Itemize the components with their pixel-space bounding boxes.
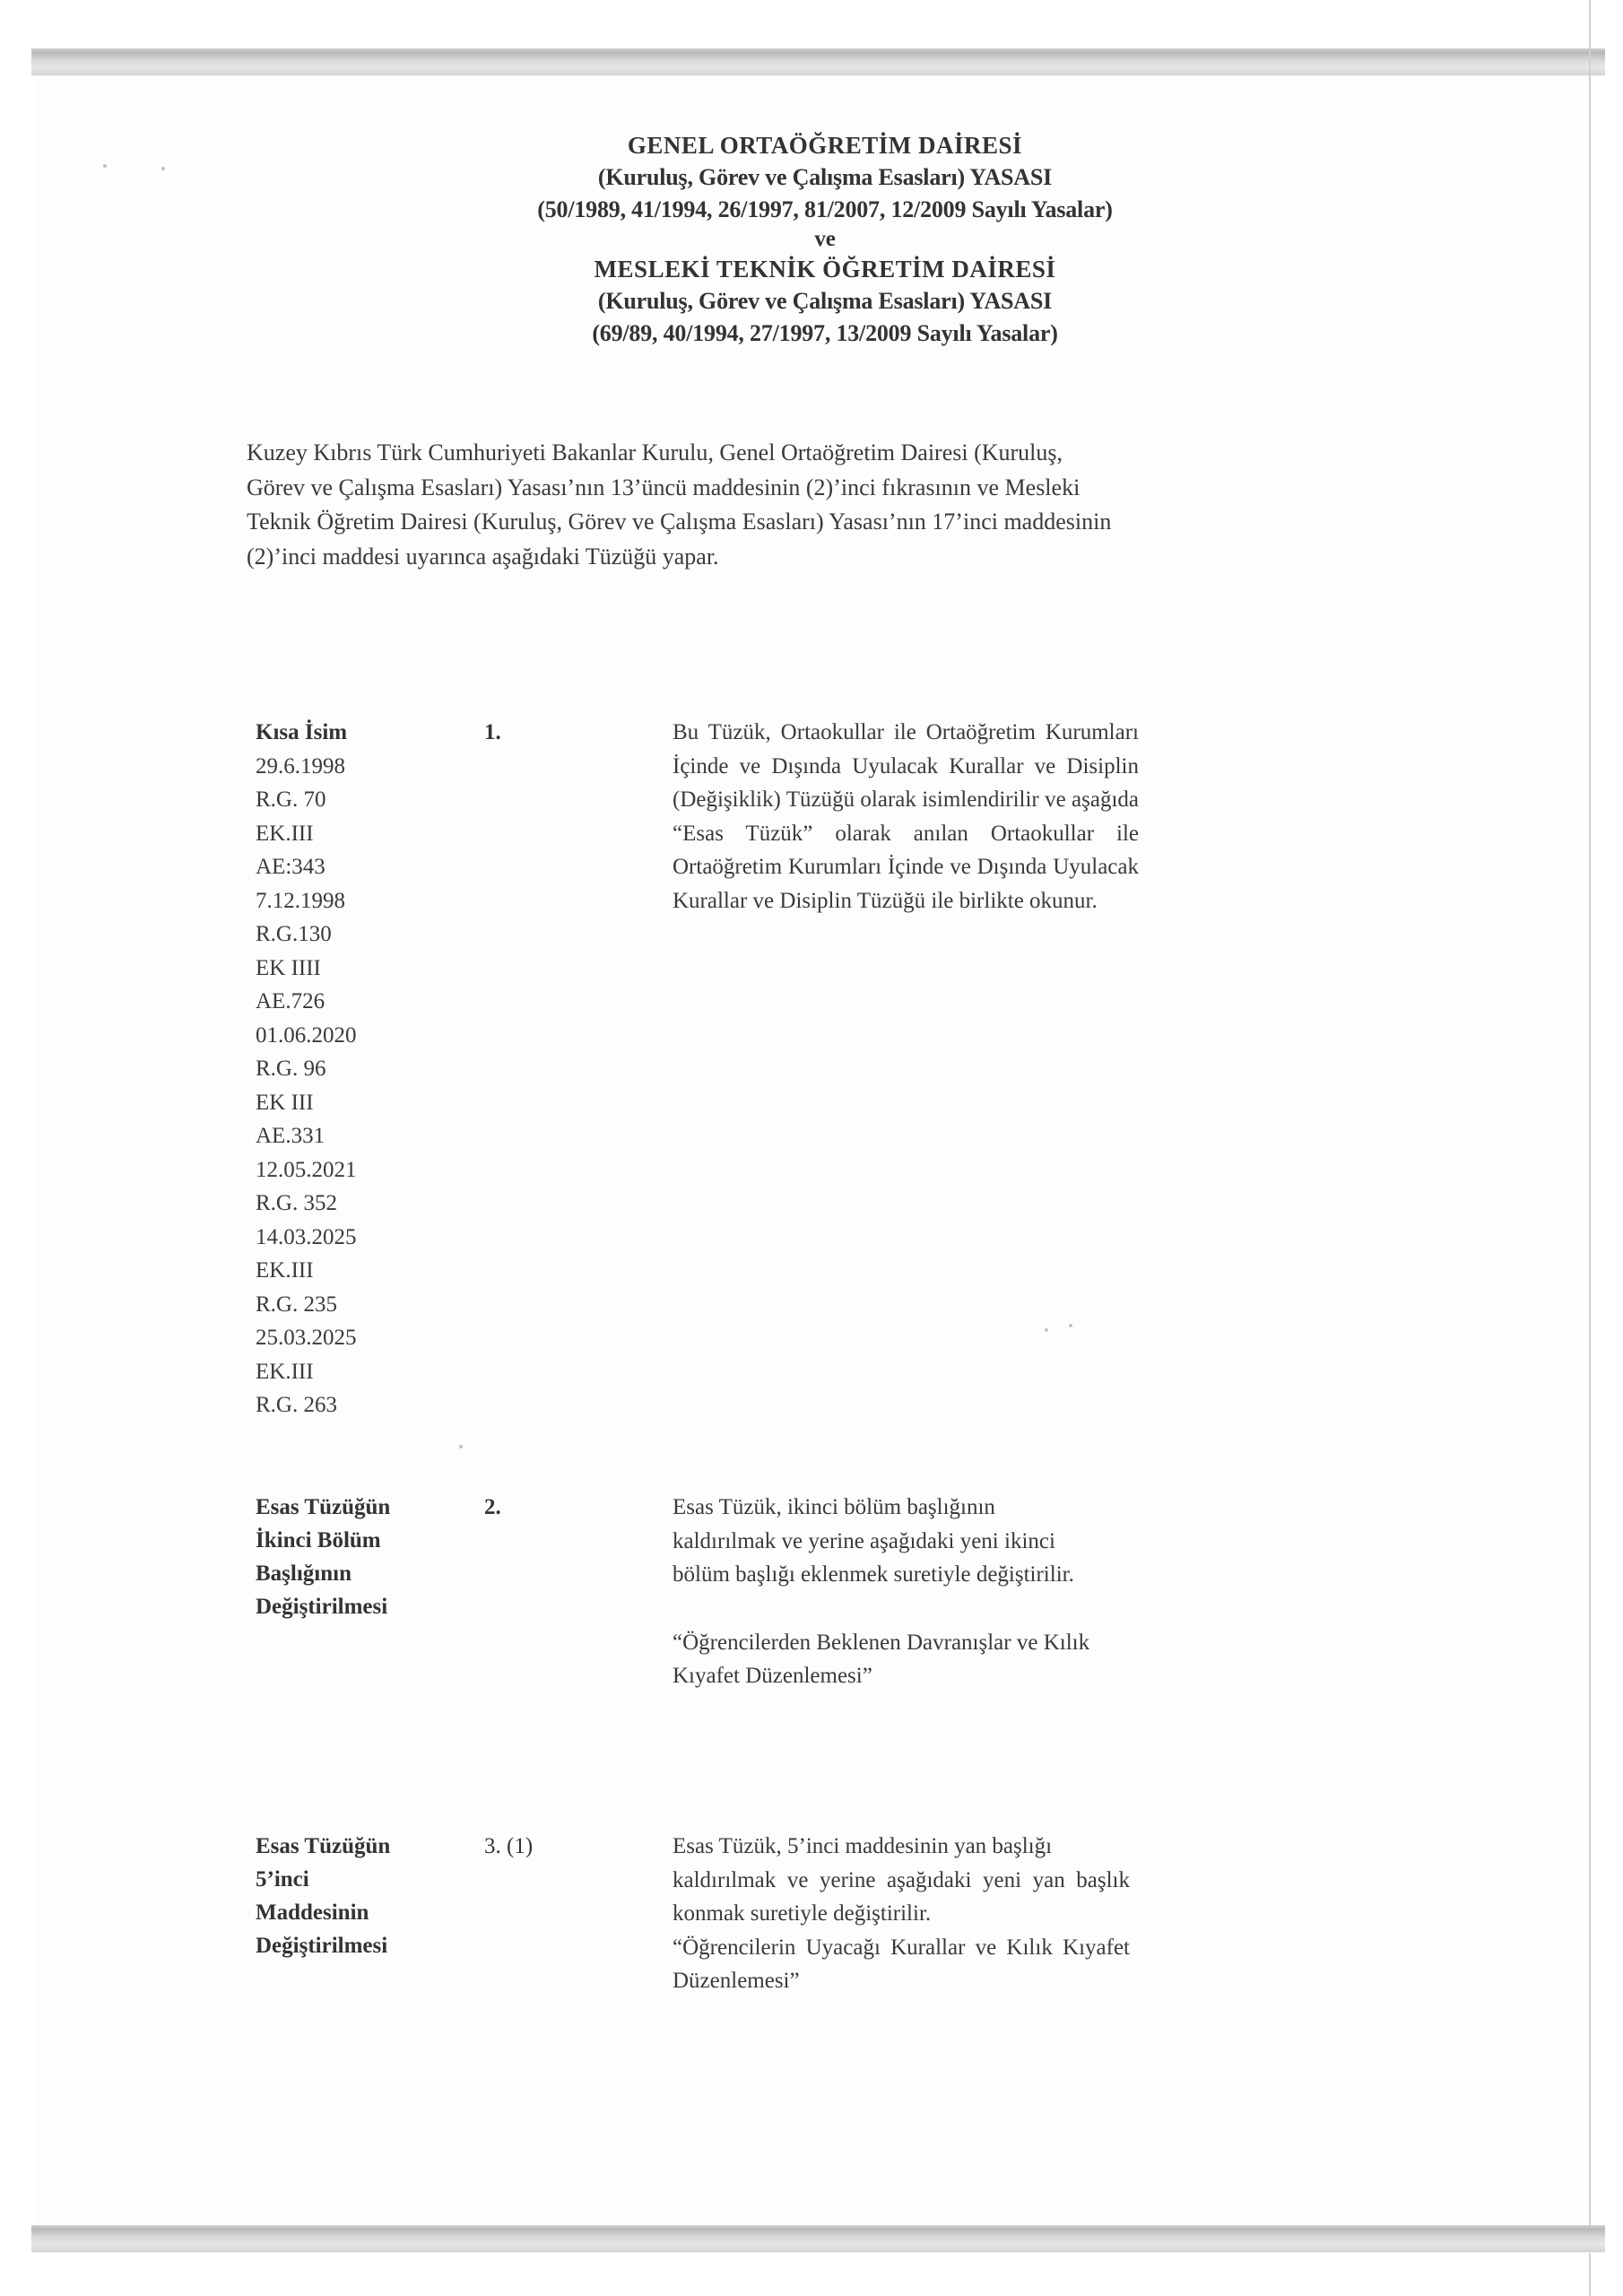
margin-note: R.G.130 <box>256 918 462 952</box>
side-title-line: Başlığının <box>256 1557 462 1590</box>
side-title-line: Değiştirilmesi <box>256 1590 462 1623</box>
side-title-line: İkinci Bölüm <box>256 1524 462 1557</box>
article-2-body: Esas Tüzük, ikinci bölüm başlığının kald… <box>673 1491 1094 1693</box>
scan-speck <box>459 1445 463 1448</box>
article-1-number: 1. <box>484 716 501 750</box>
article-3-margin-title: Esas Tüzüğün 5’inci Maddesinin Değiştiri… <box>256 1830 462 1962</box>
margin-note: EK IIII <box>256 952 462 986</box>
article-2-number: 2. <box>484 1491 501 1525</box>
page-separator-top <box>31 48 1605 75</box>
margin-note: AE.726 <box>256 985 462 1019</box>
scan-speck <box>1069 1324 1072 1327</box>
header-conjunction: ve <box>36 226 1614 253</box>
article-2-margin-title: Esas Tüzüğün İkinci Bölüm Başlığının Değ… <box>256 1491 462 1623</box>
article-3-quote: “Öğrencilerin Uyacağı Kurallar ve Kılık … <box>673 1931 1130 1998</box>
margin-note: EK.III <box>256 1254 462 1288</box>
margin-note: 14.03.2025 <box>256 1221 462 1255</box>
scan-speck <box>1045 1328 1048 1332</box>
side-title-line: Esas Tüzüğün <box>256 1491 462 1524</box>
document-header: GENEL ORTAÖĞRETİM DAİRESİ (Kuruluş, Göre… <box>36 129 1614 350</box>
document-page: GENEL ORTAÖĞRETİM DAİRESİ (Kuruluş, Göre… <box>36 77 1587 2224</box>
header-line-1: GENEL ORTAÖĞRETİM DAİRESİ <box>36 129 1614 161</box>
margin-note: AE.331 <box>256 1119 462 1153</box>
header-line-4: MESLEKİ TEKNİK ÖĞRETİM DAİRESİ <box>36 253 1614 285</box>
margin-note: 01.06.2020 <box>256 1019 462 1053</box>
side-title-line: Maddesinin <box>256 1896 462 1929</box>
margin-note: AE:343 <box>256 850 462 884</box>
preamble-line: (2)’inci maddesi uyarınca aşağıdaki Tüzü… <box>247 540 1412 575</box>
margin-note: R.G. 96 <box>256 1052 462 1086</box>
margin-note: 7.12.1998 <box>256 884 462 918</box>
header-line-2: (Kuruluş, Görev ve Çalışma Esasları) YAS… <box>36 161 1614 194</box>
margin-note: EK III <box>256 1086 462 1120</box>
header-line-5: (Kuruluş, Görev ve Çalışma Esasları) YAS… <box>36 285 1614 317</box>
margin-note: R.G. 263 <box>256 1388 462 1422</box>
margin-note: 12.05.2021 <box>256 1153 462 1187</box>
article-1-margin-notes: Kısa İsim 29.6.1998R.G. 70EK.IIIAE:3437.… <box>256 716 462 1422</box>
margin-note: R.G. 70 <box>256 783 462 817</box>
article-2-paragraph: Esas Tüzük, ikinci bölüm başlığının kald… <box>673 1491 1094 1592</box>
side-title-line: 5’inci <box>256 1863 462 1896</box>
preamble-line: Kuzey Kıbrıs Türk Cumhuriyeti Bakanlar K… <box>247 436 1412 471</box>
margin-note: 25.03.2025 <box>256 1321 462 1355</box>
margin-note: EK.III <box>256 1355 462 1389</box>
article-1-body: Bu Tüzük, Ortaokullar ile Ortaöğretim Ku… <box>673 716 1139 918</box>
page-separator-bottom <box>31 2225 1605 2252</box>
margin-note: R.G. 352 <box>256 1187 462 1221</box>
preamble-line: Teknik Öğretim Dairesi (Kuruluş, Görev v… <box>247 505 1412 540</box>
article-3-paragraph: Esas Tüzük, 5’inci maddesinin yan başlığ… <box>673 1830 1130 1864</box>
header-line-3: (50/1989, 41/1994, 26/1997, 81/2007, 12/… <box>36 194 1614 226</box>
article-1-side-title: Kısa İsim <box>256 716 462 750</box>
article-3-paragraph: kaldırılmak ve yerine aşağıdaki yeni yan… <box>673 1864 1130 1931</box>
header-line-6: (69/89, 40/1994, 27/1997, 13/2009 Sayılı… <box>36 317 1614 350</box>
margin-note: 29.6.1998 <box>256 750 462 784</box>
side-title-line: Değiştirilmesi <box>256 1929 462 1962</box>
article-2-quote: “Öğrencilerden Beklenen Davranışlar ve K… <box>673 1626 1094 1693</box>
preamble: Kuzey Kıbrıs Türk Cumhuriyeti Bakanlar K… <box>247 436 1412 574</box>
preamble-line: Görev ve Çalışma Esasları) Yasası’nın 13… <box>247 471 1412 506</box>
side-title-line: Esas Tüzüğün <box>256 1830 462 1863</box>
article-3-body: Esas Tüzük, 5’inci maddesinin yan başlığ… <box>673 1830 1130 1998</box>
margin-note: R.G. 235 <box>256 1288 462 1322</box>
article-3-number: 3. (1) <box>484 1830 533 1864</box>
margin-note: EK.III <box>256 817 462 851</box>
